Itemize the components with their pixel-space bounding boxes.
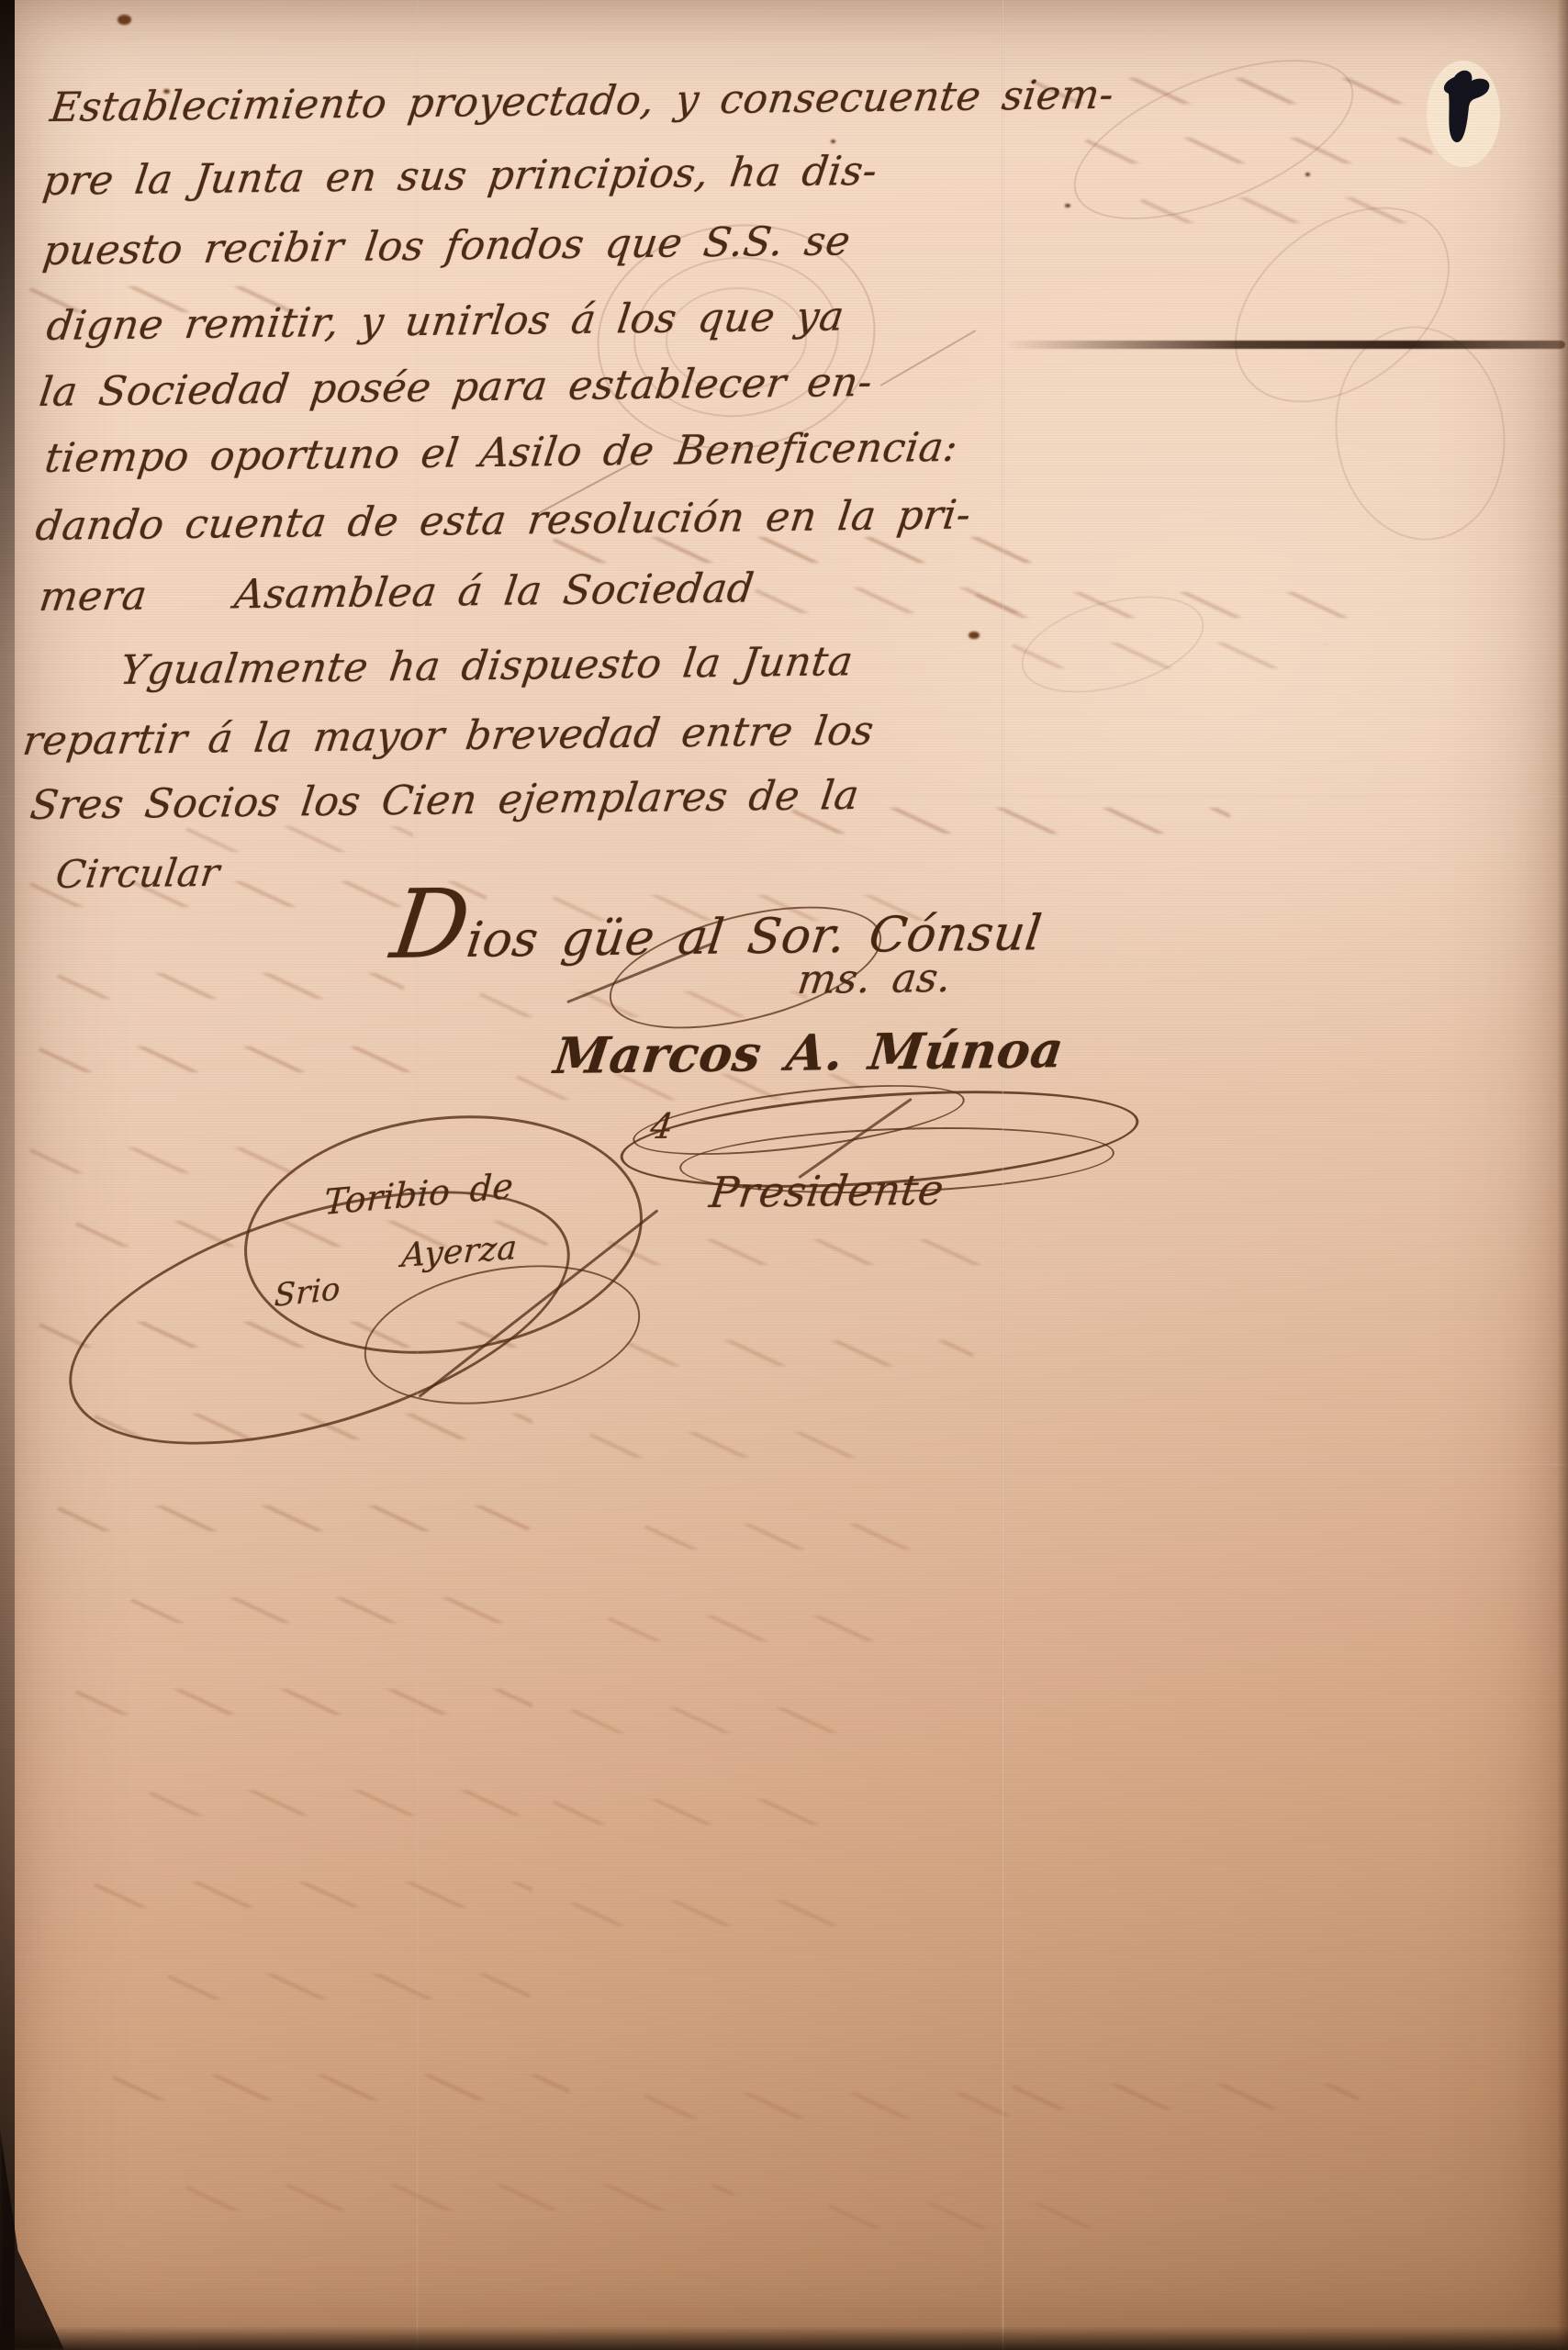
signature-title: Presidente [707, 1165, 946, 1217]
signature-name: Marcos A. Múnoa [551, 1020, 1067, 1085]
secretary-name-line2: Ayerza [400, 1229, 519, 1275]
closing-abbreviation: ms. as. [795, 955, 954, 1003]
body-line-10: repartir á la mayor brevedad entre los [20, 708, 877, 765]
body-line-11: Sres Socios los Cien ejemplares de la [28, 772, 862, 829]
body-line-8-word: mera [37, 572, 150, 621]
body-line-5: la Sociedad posée para establecer en- [37, 359, 875, 416]
letter-text: Establecimiento proyectado, y consecuent… [0, 0, 1568, 2350]
body-line-4: digne remitir, y unirlos á los que ya [44, 293, 847, 350]
body-line-6: tiempo oportuno el Asilo de Beneficencia… [42, 424, 960, 482]
secretary-name-line1: Toribio de [323, 1166, 514, 1223]
body-line-2: pre la Junta en sus principios, ha dis- [40, 148, 880, 205]
signature-rubric-mark: 4 [648, 1106, 676, 1147]
body-line-8-rest: Asamblea á la Sociedad [232, 565, 757, 618]
body-line-3: puesto recibir los fondos que S.S. se [40, 218, 853, 274]
body-line-8: meraAsamblea á la Sociedad [37, 565, 756, 621]
body-line-1: Establecimiento proyectado, y consecuent… [48, 72, 1116, 131]
manuscript-page: Establecimiento proyectado, y consecuent… [0, 0, 1568, 2350]
body-line-9: Ygualmente ha dispuesto la Junta [118, 638, 856, 694]
body-line-7: dando cuenta de esta resolución en la pr… [33, 491, 973, 550]
body-line-12: Circular [53, 850, 222, 897]
secretary-title: Srio [274, 1270, 342, 1315]
